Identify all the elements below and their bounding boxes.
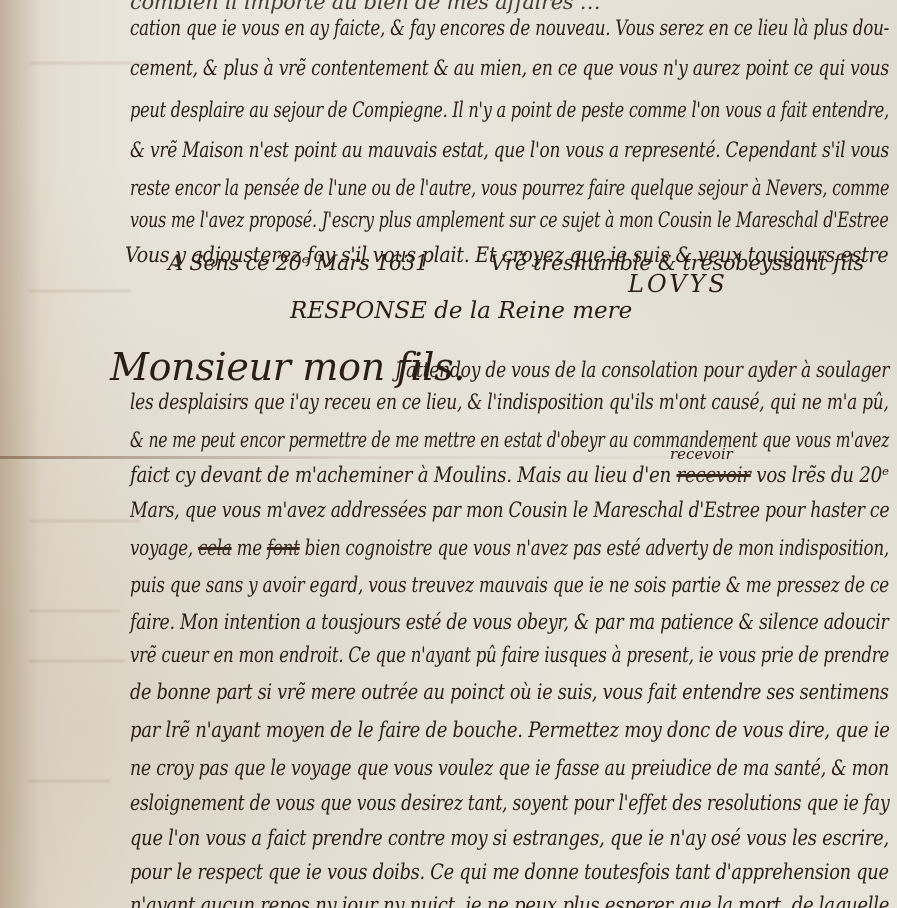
bleed-through-mark — [30, 660, 125, 662]
text-line: & vrẽ Maison n'est point au mauvais esta… — [130, 140, 889, 161]
text-line: vrẽ cueur en mon endroit. Ce que n'ayant… — [130, 645, 889, 666]
struck-word: font — [267, 536, 300, 560]
text-line: Mars, que vous m'avez addressées par mon… — [130, 500, 889, 521]
text-line: peut desplaire au sejour de Compiegne. I… — [130, 100, 889, 121]
text-line: de bonne part si vrẽ mere outrée au poin… — [130, 682, 889, 703]
text-line: faire. Mon intention a tousjours esté de… — [130, 612, 889, 633]
text-line: cement, & plus à vrẽ contentement & au m… — [130, 58, 889, 79]
text-segment: vos lrẽs du 20ᵉ — [756, 463, 888, 487]
text-line: reste encor la pensée de l'une ou de l'a… — [130, 178, 889, 199]
text-line: combien il importe au bien de mes affair… — [130, 0, 600, 13]
bleed-through-mark — [30, 520, 140, 522]
paper-fold-line — [0, 456, 897, 459]
text-line: puis que sans y avoir egard, vous treuve… — [130, 575, 889, 596]
text-line: cation que ie vous en ay faicte, & fay e… — [130, 18, 889, 39]
text-line: voyage, cela me font bien cognoistre que… — [130, 538, 889, 559]
response-heading: RESPONSE de la Reine mere — [290, 298, 632, 324]
manuscript-page: combien il importe au bien de mes affair… — [0, 0, 897, 908]
text-segment: me — [232, 536, 267, 560]
bleed-through-mark — [30, 610, 120, 612]
text-line: faict cy devant de m'acheminer à Moulins… — [130, 465, 889, 486]
place-date-line: A Sens ce 20ᵉ Mars 1631 — [168, 253, 428, 274]
signature: LOVYS — [628, 270, 728, 298]
text-line: & ne me peut encor permettre de me mettr… — [130, 430, 889, 451]
text-line: que l'on vous a faict prendre contre moy… — [130, 828, 889, 849]
text-line: J'attendoy de vous de la consolation pou… — [395, 360, 889, 381]
text-line: vous me l'avez proposé. J'escry plus amp… — [130, 210, 889, 231]
text-line: n'ayant aucun repos ny iour ny nuict, ie… — [130, 895, 889, 908]
text-line: esloignement de vous que vous desirez ta… — [130, 793, 889, 814]
struck-word: cela — [198, 536, 232, 560]
text-segment: voyage, — [130, 536, 193, 560]
struck-word: recevoir — [677, 463, 751, 487]
paper-edge-shadow — [0, 0, 40, 908]
text-segment: bien cognoistre que vous n'avez pas esté… — [300, 536, 889, 560]
text-line: pour le respect que ie vous doibs. Ce qu… — [130, 862, 889, 883]
text-line: ne croy pas que le voyage que vous voule… — [130, 758, 889, 779]
bleed-through-mark — [30, 780, 110, 782]
text-segment: faict cy devant de m'acheminer à Moulins… — [130, 463, 671, 487]
interlinear-insertion: recevoir — [670, 445, 733, 463]
text-line: par lrẽ n'ayant moyen de le faire de bou… — [130, 720, 890, 741]
bleed-through-mark — [30, 290, 130, 292]
text-line: les desplaisirs que i'ay receu en ce lie… — [130, 392, 889, 413]
